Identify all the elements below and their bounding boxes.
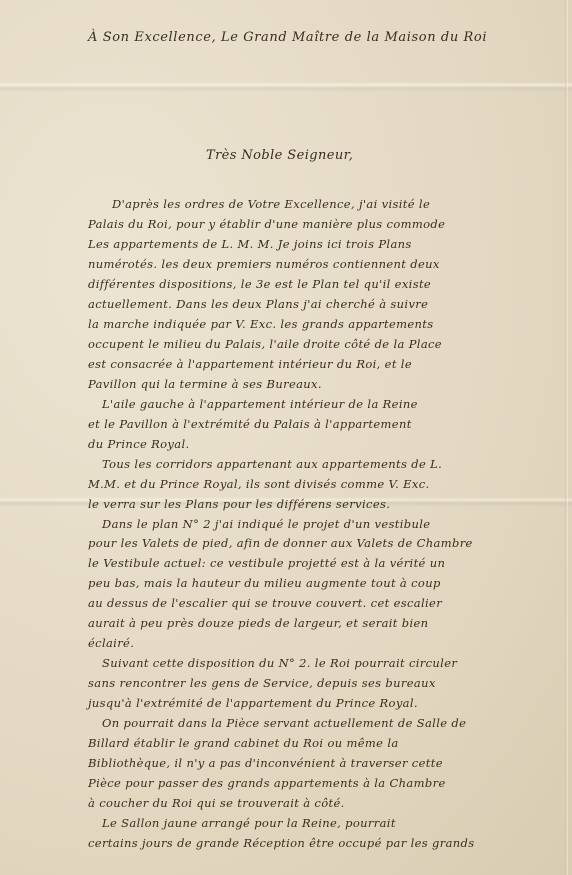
letter-line: Tous les corridors appartenant aux appar… <box>102 457 442 471</box>
letter-line: le Vestibule actuel: ce vestibule projet… <box>88 556 445 570</box>
letter-salutation: Très Noble Seigneur, <box>206 148 353 163</box>
letter-line: la marche indiquée par V. Exc. les grand… <box>88 317 434 331</box>
letter-line: à coucher du Roi qui se trouverait à côt… <box>88 796 345 810</box>
paper-fold <box>565 0 568 875</box>
letter-line: au dessus de l'escalier qui se trouve co… <box>88 596 442 610</box>
letter-line: différentes dispositions, le 3e est le P… <box>88 277 431 291</box>
letter-line: L'aile gauche à l'appartement intérieur … <box>102 397 418 411</box>
letter-line: le verra sur les Plans pour les différen… <box>88 497 390 511</box>
letter-line: Pièce pour passer des grands appartement… <box>88 776 446 790</box>
letter-line: et le Pavillon à l'extrémité du Palais à… <box>88 417 412 431</box>
letter-line: M.M. et du Prince Royal, ils sont divisé… <box>88 477 430 491</box>
letter-page: À Son Excellence, Le Grand Maître de la … <box>0 0 572 875</box>
letter-address: À Son Excellence, Le Grand Maître de la … <box>88 30 487 45</box>
letter-line: est consacrée à l'appartement intérieur … <box>88 357 412 371</box>
letter-line: Bibliothèque, il n'y a pas d'inconvénien… <box>88 756 443 770</box>
letter-line: jusqu'à l'extrémité de l'appartement du … <box>88 696 418 710</box>
letter-line: du Prince Royal. <box>88 437 190 451</box>
letter-line: On pourrait dans la Pièce servant actuel… <box>102 716 466 730</box>
letter-line: Le Sallon jaune arrangé pour la Reine, p… <box>102 816 396 830</box>
letter-line: Dans le plan N° 2 j'ai indiqué le projet… <box>102 517 430 531</box>
letter-line: Palais du Roi, pour y établir d'une mani… <box>88 217 445 231</box>
letter-line: peu bas, mais la hauteur du milieu augme… <box>88 576 441 590</box>
letter-line: occupent le milieu du Palais, l'aile dro… <box>88 337 442 351</box>
letter-line: Suivant cette disposition du N° 2. le Ro… <box>102 656 457 670</box>
letter-line: éclairé. <box>88 636 134 650</box>
letter-line: numérotés. les deux premiers numéros con… <box>88 257 440 271</box>
letter-line: pour les Valets de pied, afin de donner … <box>88 536 473 550</box>
letter-line: Billard établir le grand cabinet du Roi … <box>88 736 399 750</box>
letter-line: Pavillon qui la termine à ses Bureaux. <box>88 377 322 391</box>
letter-line: aurait à peu près douze pieds de largeur… <box>88 616 428 630</box>
letter-line: D'après les ordres de Votre Excellence, … <box>112 197 430 211</box>
letter-line: actuellement. Dans les deux Plans j'ai c… <box>88 297 428 311</box>
letter-line: sans rencontrer les gens de Service, dep… <box>88 676 436 690</box>
letter-line: certains jours de grande Réception être … <box>88 836 475 850</box>
letter-line: Les appartements de L. M. M. Je joins ic… <box>88 237 412 251</box>
